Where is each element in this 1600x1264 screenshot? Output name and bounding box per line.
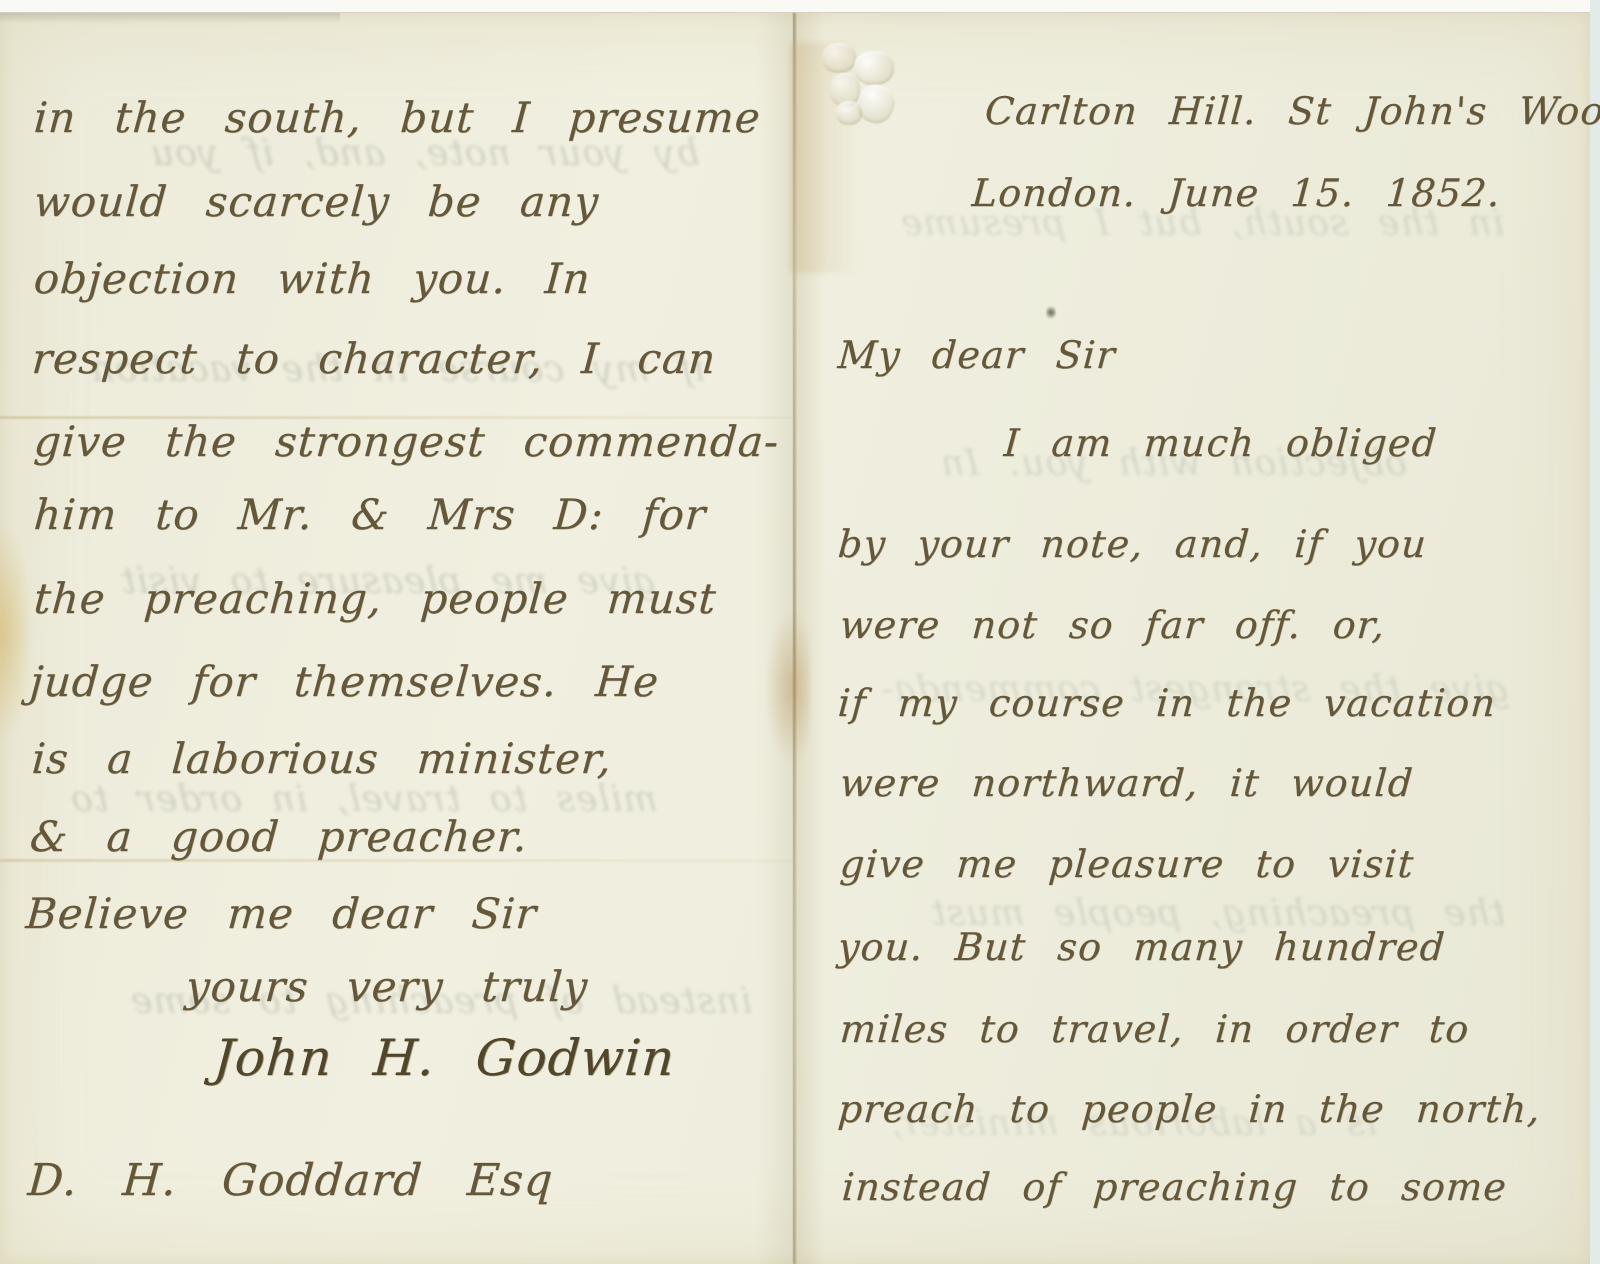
handwriting-line: preach to people in the north, [836,1087,1542,1131]
handwriting-line: I am much obliged [1002,421,1438,465]
handwriting-line: the preaching, people must [32,574,718,623]
handwriting-line: objection with you. In [32,254,592,303]
handwriting-line: judge for themselves. He [28,657,661,706]
fold-shadow-left [756,13,794,1264]
handwriting-line: by your note, and, if you [836,522,1428,566]
handwriting-line: were not so far off. or, [838,603,1387,647]
embossed-stamp-detail [822,43,856,73]
handwriting-line: in the south, but I presume [32,93,762,142]
letter-scan: by your note, and, if you if my course i… [0,0,1600,1264]
handwriting-line: give the strongest commenda- [32,417,781,466]
fold-line [793,13,796,1264]
valediction-line: yours very truly [184,962,589,1011]
paper-edge-shadow [0,13,340,23]
signature: John H. Godwin [212,1029,677,1087]
fold-shadow-right [796,13,826,1264]
ink-speck [1046,305,1056,320]
handwriting-line: is a laborious minister, [30,734,613,783]
handwriting-line: if my course in the vacation [836,681,1497,725]
embossed-stamp-detail [836,101,862,125]
foxing-stain [0,523,34,743]
scan-background-right [1590,0,1600,1264]
handwriting-line: him to Mr. & Mrs D: for [32,490,708,539]
dateline: London. June 15. 1852. [970,171,1502,215]
handwriting-line: were northward, it would [838,761,1415,805]
handwriting-line: miles to travel, in order to [838,1007,1471,1051]
embossed-stamp-detail [854,51,894,85]
handwriting-line: you. But so many hundred [836,925,1446,969]
letter-paper: by your note, and, if you if my course i… [0,12,1590,1264]
salutation: My dear Sir [836,333,1117,377]
scan-background-top [0,0,1600,12]
address-line: Carlton Hill. St John's Wood. [983,89,1600,133]
handwriting-line: give me pleasure to visit [838,842,1415,886]
handwriting-line: would scarcely be any [32,177,600,226]
embossed-stamp [816,39,900,131]
handwriting-line: respect to character, I can [30,334,718,383]
addressee-line: D. H. Goddard Esq [26,1155,555,1206]
handwriting-line: instead of preaching to some [840,1165,1508,1209]
handwriting-line: & a good preacher. [28,812,529,861]
valediction-line: Believe me dear Sir [24,889,538,938]
